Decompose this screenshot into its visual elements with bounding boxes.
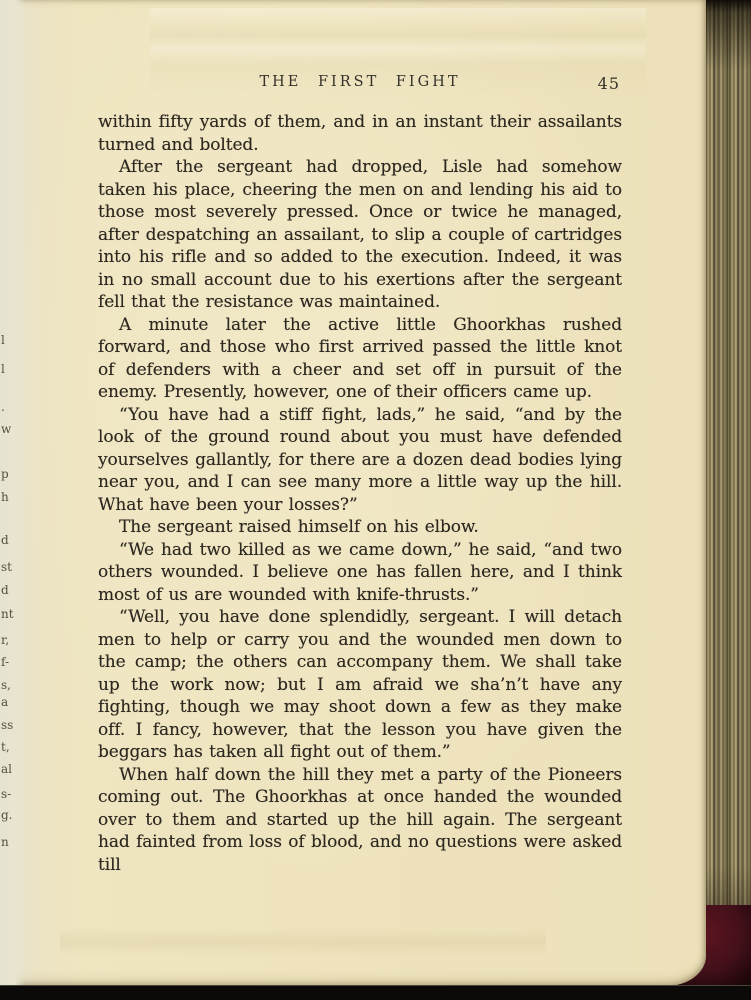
scan-backdrop-bottom xyxy=(0,985,751,1000)
book-scan: ll.wphdstdntr,f-s,asst,als-g.n THE FIRST… xyxy=(0,0,751,1000)
facing-page-letter-fragment: t, xyxy=(1,741,10,753)
facing-page-letter-fragment: f- xyxy=(1,656,9,668)
facing-page-letter-fragment: . xyxy=(1,401,5,413)
facing-page-letter-fragment: r, xyxy=(1,634,9,646)
facing-page-letter-fragment: l xyxy=(1,334,5,346)
facing-page-letter-fragment: s, xyxy=(1,679,11,691)
paragraph: “Well, you have done splendidly, sergean… xyxy=(98,606,622,764)
paragraph: The sergeant raised himself on his elbow… xyxy=(98,516,622,539)
facing-page-letter-fragment: al xyxy=(1,763,12,775)
facing-page-letter-fragment: ss xyxy=(1,719,13,731)
paragraph: “We had two killed as we came down,” he … xyxy=(98,539,622,607)
running-head: THE FIRST FIGHT 45 xyxy=(98,74,622,94)
paragraph: “You have had a stiff fight, lads,” he s… xyxy=(98,404,622,517)
facing-page-letter-fragment: g. xyxy=(1,809,13,821)
page-number: 45 xyxy=(598,74,620,93)
facing-page-letter-fragment: d xyxy=(1,584,9,596)
facing-page-letter-fragment: h xyxy=(1,491,9,503)
paragraph: After the sergeant had dropped, Lisle ha… xyxy=(98,156,622,314)
facing-page-letter-fragment: n xyxy=(1,836,9,848)
facing-page-letter-fragment: l xyxy=(1,363,5,375)
facing-page-text-fragments: ll.wphdstdntr,f-s,asst,als-g.n xyxy=(0,0,26,986)
facing-page-letter-fragment: d xyxy=(1,534,9,546)
chapter-running-title: THE FIRST FIGHT xyxy=(98,74,622,90)
facing-page-letter-fragment: p xyxy=(1,468,9,480)
paragraph: A minute later the active little Ghoorkh… xyxy=(98,314,622,404)
facing-page-letter-fragment: nt xyxy=(1,608,14,620)
facing-page-letter-fragment: st xyxy=(1,561,12,573)
facing-page-letter-fragment: s- xyxy=(1,788,11,800)
page-body-text: within fifty yards of them, and in an in… xyxy=(98,111,622,876)
book-page: ll.wphdstdntr,f-s,asst,als-g.n THE FIRST… xyxy=(0,0,706,986)
paragraph: within fifty yards of them, and in an in… xyxy=(98,111,622,156)
book-fore-edge-pages xyxy=(704,0,751,986)
paragraph: When half down the hill they met a party… xyxy=(98,764,622,877)
facing-page-letter-fragment: w xyxy=(1,423,11,435)
facing-page-letter-fragment: a xyxy=(1,696,8,708)
